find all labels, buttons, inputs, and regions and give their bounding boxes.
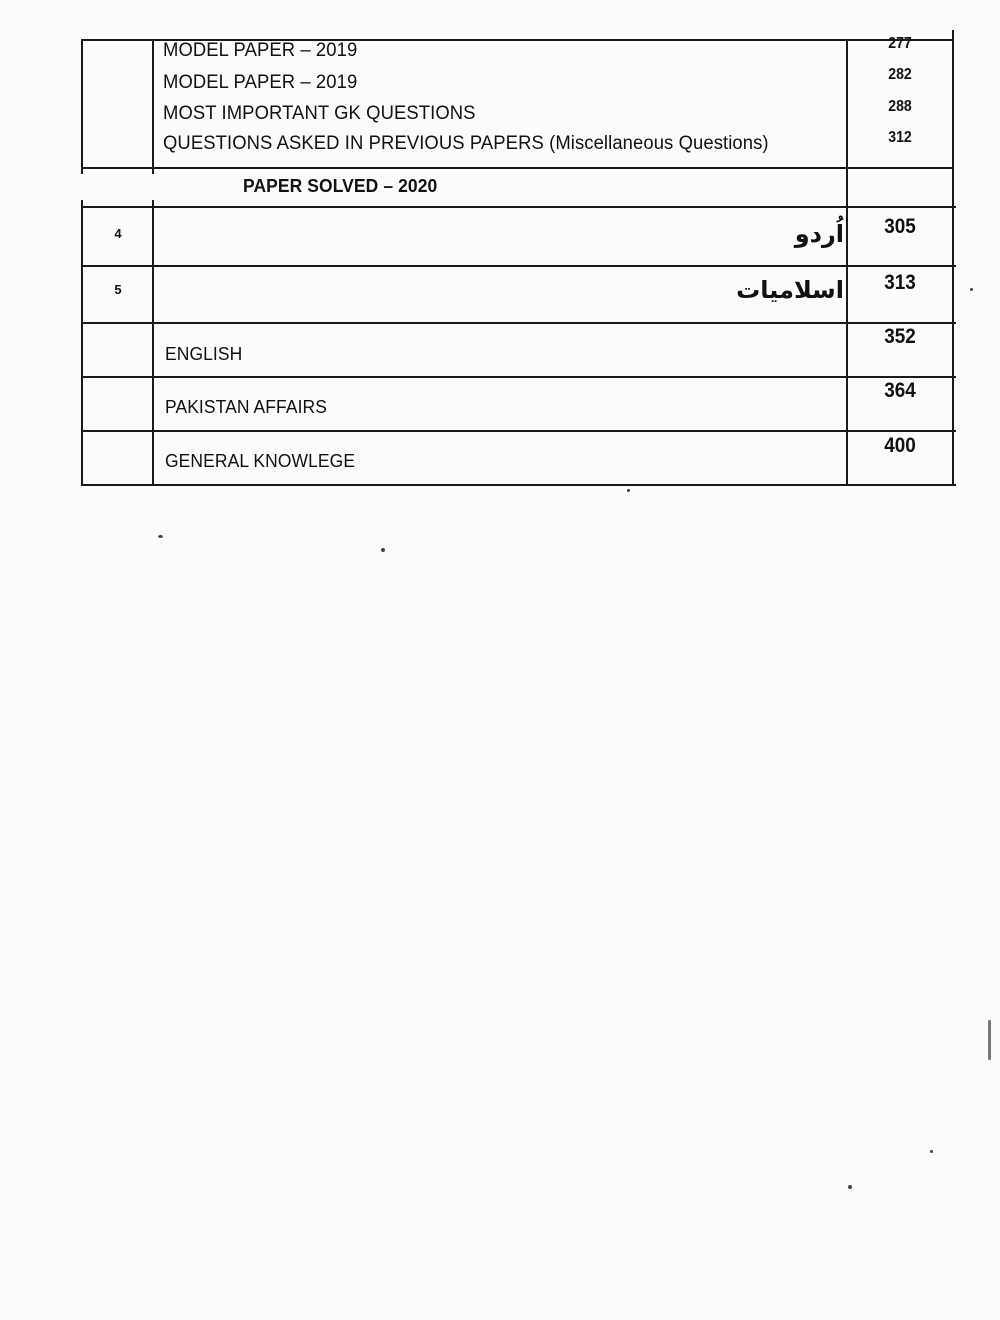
row-divider [81,430,956,432]
left-border [81,200,83,486]
scan-speck [970,288,973,291]
row-divider [81,167,954,169]
toc-entry-page: 282 [852,65,947,85]
row-number: 4 [82,226,154,241]
row-divider [81,322,956,324]
row-divider [81,206,956,208]
scan-speck [158,535,163,538]
toc-entry-page: 312 [852,128,947,148]
row-number: 5 [82,282,154,297]
toc-entry-title: MODEL PAPER – 2019 [163,40,357,62]
left-border [81,39,83,174]
row-page: 313 [851,271,948,295]
row-title: ENGLISH [165,343,242,365]
row-page: 352 [851,325,948,349]
row-page: 364 [851,379,948,403]
scan-speck [848,1185,852,1189]
toc-entry-page: 288 [852,97,947,117]
row-page: 400 [851,434,948,458]
toc-entry-title: MODEL PAPER – 2019 [163,72,357,94]
toc-entry-title: MOST IMPORTANT GK QUESTIONS [163,103,476,125]
scan-speck [627,489,630,492]
row-title: GENERAL KNOWLEGE [165,450,355,472]
column-divider [152,39,154,174]
toc-entry-title: QUESTIONS ASKED IN PREVIOUS PAPERS (Misc… [163,133,769,155]
page-column-divider [846,39,848,486]
row-divider [81,376,956,378]
section-heading: PAPER SOLVED – 2020 [243,175,437,197]
toc-entry-page: 277 [852,34,947,54]
column-divider [152,200,154,486]
row-title-urdu: اسلامیات [736,276,844,304]
scan-speck [381,548,385,552]
right-border [952,30,954,486]
row-divider [81,265,956,267]
row-title-urdu: اُردو [795,220,844,248]
scan-speck [930,1150,933,1153]
row-title: PAKISTAN AFFAIRS [165,396,327,418]
row-page: 305 [851,215,948,239]
table-bottom-border [81,484,956,486]
scan-speck [988,1020,991,1060]
